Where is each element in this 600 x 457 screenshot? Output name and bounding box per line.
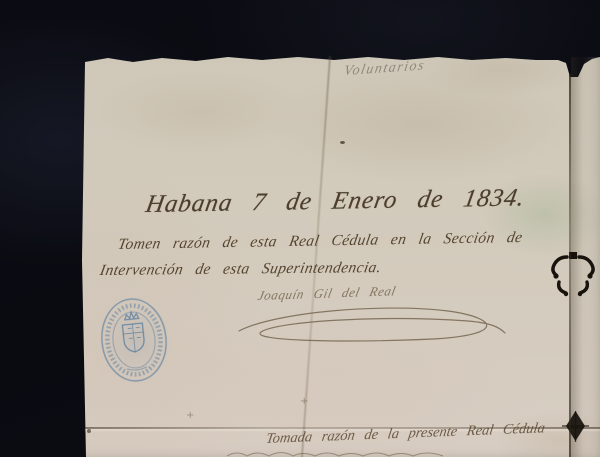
cutoff-handwriting [225,449,445,457]
crease-edge-dot [87,429,91,433]
fold-intersection-ink-blot [562,411,589,442]
ink-speck [340,141,345,144]
official-blue-stamp [92,292,177,387]
pencil-tick: + [300,396,308,407]
vertical-fold-line [569,74,571,457]
signature-flourish [233,299,511,349]
ink-ornament-crown-mark [548,252,598,298]
handwritten-body-line-2: Intervención de esta Superintendencia. [98,259,382,280]
photograph-of-manuscript: Voluntarios Habana 7 de Enero de 1834. T… [0,0,600,457]
pencil-tick: + [186,410,194,421]
